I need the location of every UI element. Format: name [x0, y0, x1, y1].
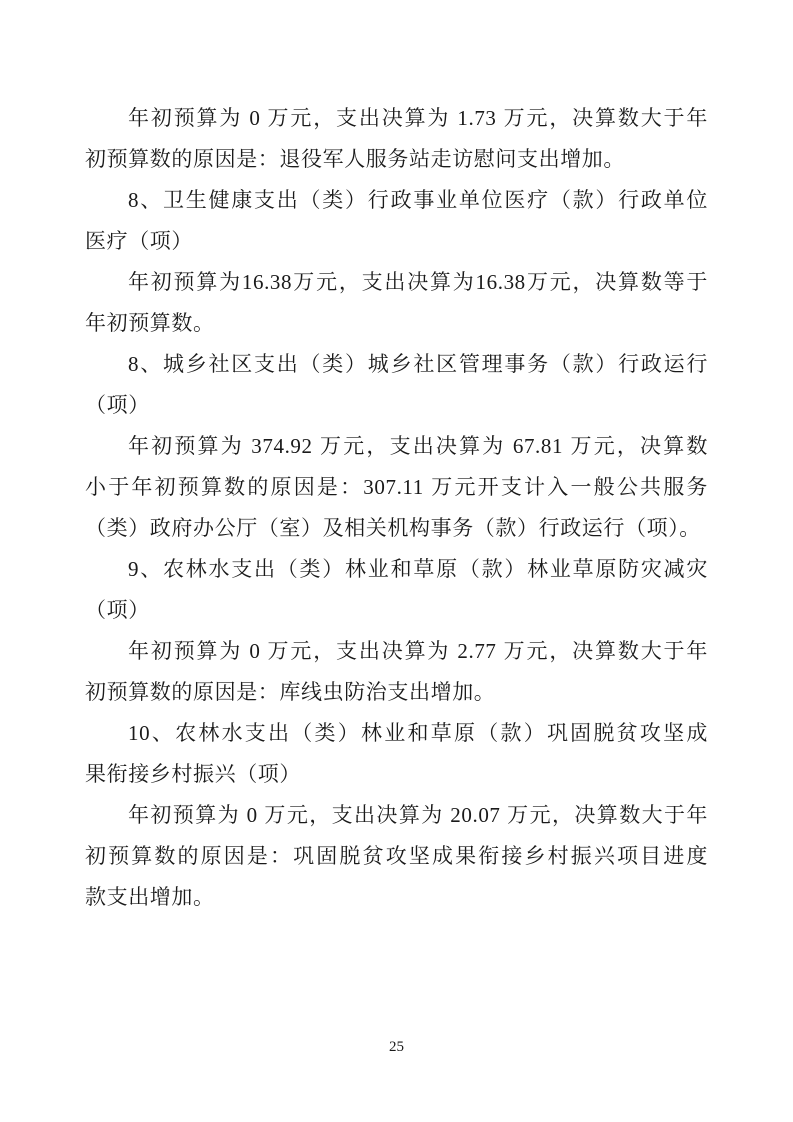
- paragraph: 10、农林水支出（类）林业和草原（款）巩固脱贫攻坚成果衔接乡村振兴（项）: [85, 713, 708, 795]
- document-page: { "page": { "number": "25" }, "paragraph…: [0, 0, 793, 1122]
- text-line: 10、农林水支出（类）林业和草原（款）巩固脱贫攻坚成: [85, 713, 708, 754]
- text-line: 年初预算数。: [85, 303, 708, 344]
- paragraph: 年初预算为16.38万元，支出决算为16.38万元，决算数等于年初预算数。: [85, 262, 708, 344]
- text-line: 8、卫生健康支出（类）行政事业单位医疗（款）行政单位: [85, 180, 708, 221]
- document-body: 年初预算为 0 万元，支出决算为 1.73 万元，决算数大于年初预算数的原因是：…: [85, 98, 708, 918]
- paragraph: 8、卫生健康支出（类）行政事业单位医疗（款）行政单位医疗（项）: [85, 180, 708, 262]
- paragraph: 年初预算为 0 万元，支出决算为 2.77 万元，决算数大于年初预算数的原因是：…: [85, 631, 708, 713]
- text-line: 年初预算为 0 万元，支出决算为 1.73 万元，决算数大于年: [85, 98, 708, 139]
- text-line: （项）: [85, 385, 708, 426]
- text-line: 小于年初预算数的原因是：307.11 万元开支计入一般公共服务: [85, 467, 708, 508]
- text-line: （类）政府办公厅（室）及相关机构事务（款）行政运行（项）。: [85, 508, 708, 549]
- paragraph: 年初预算为 0 万元，支出决算为 20.07 万元，决算数大于年初预算数的原因是…: [85, 795, 708, 918]
- text-line: 初预算数的原因是：巩固脱贫攻坚成果衔接乡村振兴项目进度: [85, 836, 708, 877]
- text-line: 年初预算为 0 万元，支出决算为 20.07 万元，决算数大于年: [85, 795, 708, 836]
- page-number: 25: [0, 1040, 793, 1055]
- text-line: 初预算数的原因是：退役军人服务站走访慰问支出增加。: [85, 139, 708, 180]
- paragraph: 9、农林水支出（类）林业和草原（款）林业草原防灾减灾（项）: [85, 549, 708, 631]
- text-line: 8、城乡社区支出（类）城乡社区管理事务（款）行政运行: [85, 344, 708, 385]
- text-line: 医疗（项）: [85, 221, 708, 262]
- text-line: 初预算数的原因是：库线虫防治支出增加。: [85, 672, 708, 713]
- paragraph: 年初预算为 374.92 万元，支出决算为 67.81 万元，决算数小于年初预算…: [85, 426, 708, 549]
- text-line: 9、农林水支出（类）林业和草原（款）林业草原防灾减灾: [85, 549, 708, 590]
- text-line: 年初预算为 0 万元，支出决算为 2.77 万元，决算数大于年: [85, 631, 708, 672]
- text-line: （项）: [85, 590, 708, 631]
- text-line: 果衔接乡村振兴（项）: [85, 754, 708, 795]
- text-line: 年初预算为 374.92 万元，支出决算为 67.81 万元，决算数: [85, 426, 708, 467]
- paragraph: 年初预算为 0 万元，支出决算为 1.73 万元，决算数大于年初预算数的原因是：…: [85, 98, 708, 180]
- text-line: 年初预算为16.38万元，支出决算为16.38万元，决算数等于: [85, 262, 708, 303]
- paragraph: 8、城乡社区支出（类）城乡社区管理事务（款）行政运行（项）: [85, 344, 708, 426]
- text-line: 款支出增加。: [85, 877, 708, 918]
